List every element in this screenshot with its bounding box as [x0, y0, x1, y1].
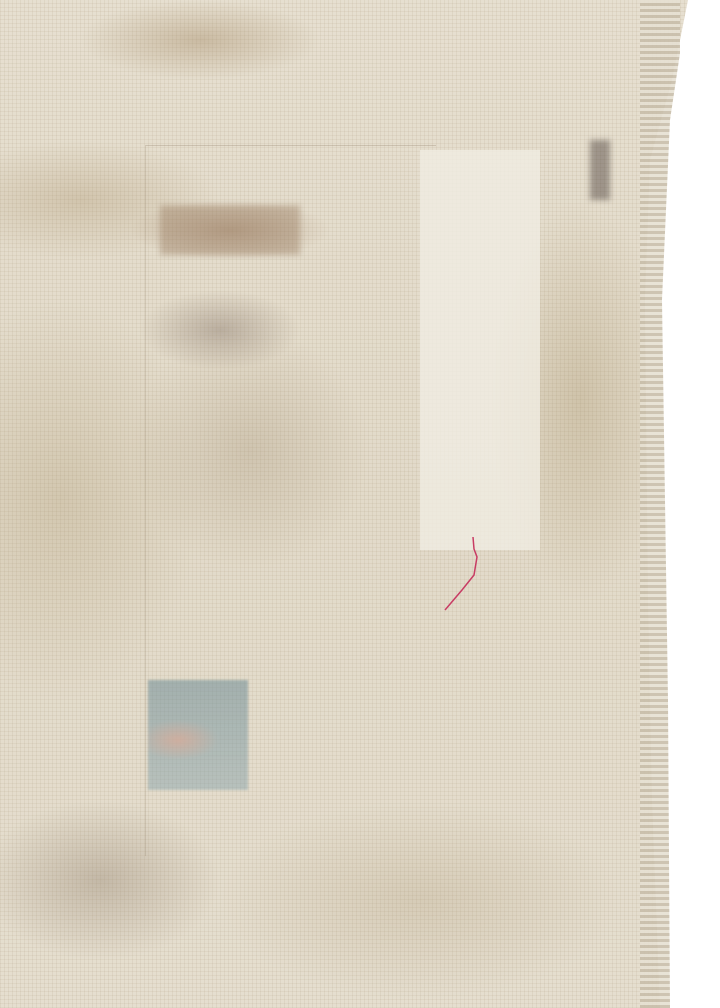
rug-fringe	[640, 0, 680, 1008]
brown-patch	[160, 205, 300, 255]
blue-pink-patch	[148, 680, 248, 790]
red-thread	[440, 535, 480, 615]
faded-panel	[420, 150, 540, 550]
dark-patch	[590, 140, 610, 200]
